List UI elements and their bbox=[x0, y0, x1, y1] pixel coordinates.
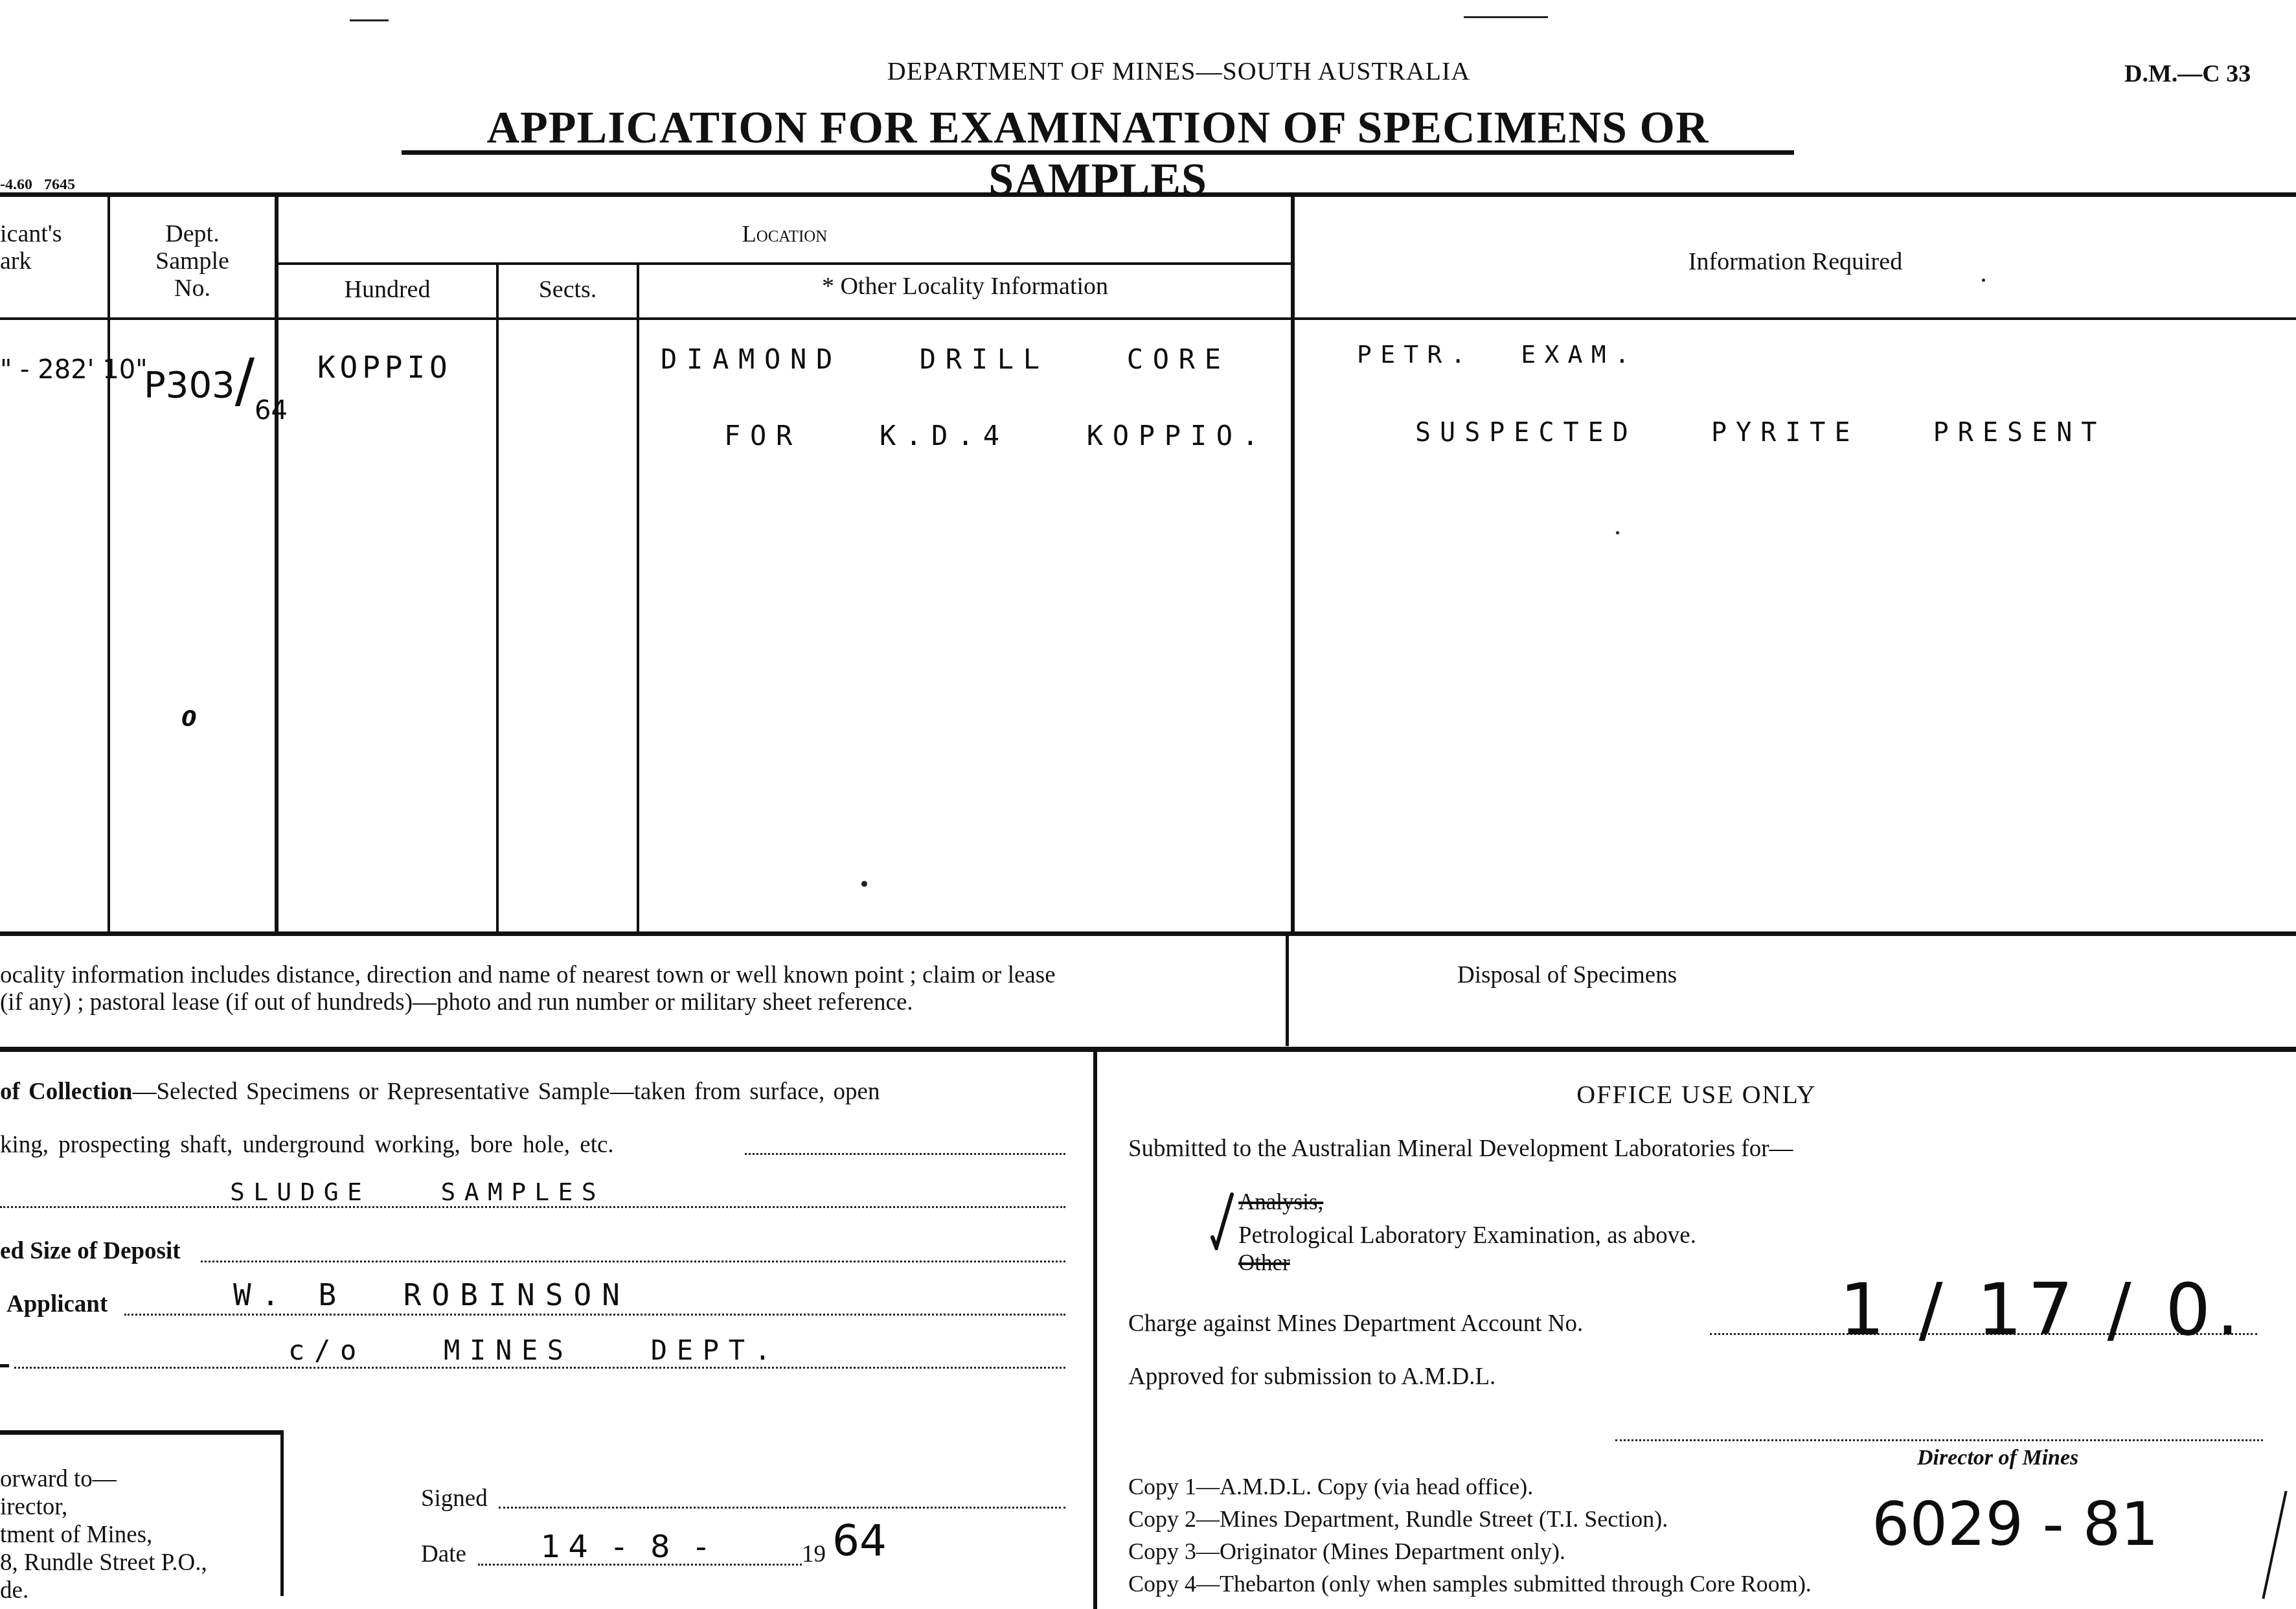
forward-line: orward to— bbox=[0, 1465, 207, 1493]
stray-ink-mark: 0 bbox=[181, 706, 197, 732]
other-locality-header: * Other Locality Information bbox=[639, 272, 1291, 301]
header-text: No. bbox=[110, 275, 275, 302]
copy-line: Copy 1—A.M.D.L. Copy (via head office). bbox=[1128, 1470, 1812, 1503]
form-code: D.M.—C 33 bbox=[2124, 60, 2251, 88]
applicants-mark-header: icant's ark bbox=[0, 220, 65, 275]
reference-number: 6029 - 81 bbox=[1872, 1490, 2159, 1559]
hundred-header: Hundred bbox=[278, 275, 496, 304]
office-use-title: OFFICE USE ONLY bbox=[1097, 1079, 2296, 1110]
collection-line2: king, prospecting shaft, underground wor… bbox=[0, 1131, 614, 1159]
year-prefix: 19 bbox=[802, 1540, 826, 1568]
charge-value[interactable]: 1 / 17 / 0. bbox=[1839, 1268, 2245, 1351]
hundred-value[interactable]: KOPPIO bbox=[317, 350, 452, 385]
scan-speck bbox=[861, 881, 867, 887]
sample-number: P303 bbox=[144, 364, 235, 406]
forward-box-right bbox=[280, 1430, 284, 1596]
disposal-field[interactable] bbox=[1292, 991, 2290, 1043]
address-value[interactable]: c/o MINES DEPT. bbox=[288, 1334, 780, 1366]
charge-label: Charge against Mines Department Account … bbox=[1128, 1310, 1583, 1338]
size-of-deposit-dots bbox=[201, 1261, 1065, 1262]
collection-label-rest: —Selected Specimens or Representative Sa… bbox=[132, 1078, 880, 1105]
check-mark-icon bbox=[1210, 1192, 1236, 1250]
col-divider-hundred-sects bbox=[496, 262, 499, 931]
location-header: Location bbox=[278, 220, 1291, 247]
date-value[interactable]: 14 - 8 - bbox=[541, 1529, 714, 1565]
disposal-label: Disposal of Specimens bbox=[1457, 961, 1677, 989]
col-divider-sects-other bbox=[637, 262, 639, 931]
header-bottom-rule bbox=[0, 317, 2296, 320]
location-subheader-rule bbox=[277, 262, 1292, 265]
copy-line: Copy 3—Originator (Mines Department only… bbox=[1128, 1535, 1812, 1568]
director-signature-field[interactable] bbox=[1615, 1399, 2263, 1439]
applicant-dots bbox=[124, 1314, 1065, 1316]
lower-top-rule bbox=[0, 1047, 2296, 1052]
option-other[interactable]: Other bbox=[1238, 1250, 1290, 1276]
forward-box-top bbox=[0, 1430, 284, 1435]
year-suffix[interactable]: 64 bbox=[832, 1516, 887, 1566]
col-divider-info bbox=[1291, 194, 1295, 931]
applicants-mark-value[interactable]: " - 282' 10" bbox=[0, 355, 148, 385]
size-of-deposit-label: ed Size of Deposit bbox=[0, 1237, 181, 1265]
sample-year: 64 bbox=[255, 396, 288, 426]
other-locality-line1[interactable]: DIAMOND DRILL CORE bbox=[661, 343, 1231, 375]
applicant-value[interactable]: W. B ROBINSON bbox=[233, 1277, 630, 1312]
title-underline bbox=[402, 150, 1794, 155]
other-locality-line2[interactable]: FOR K.D.4 KOPPIO. bbox=[724, 420, 1268, 451]
information-line1[interactable]: PETR. EXAM. bbox=[1357, 340, 1638, 369]
dept-sample-no-header: Dept. Sample No. bbox=[110, 220, 275, 302]
applicant-label: Applicant bbox=[6, 1290, 108, 1318]
office-divider bbox=[1093, 1049, 1097, 1609]
scan-speck bbox=[1982, 279, 1985, 282]
copies-list: Copy 1—A.M.D.L. Copy (via head office). … bbox=[1128, 1470, 1812, 1600]
header-text: Dept. bbox=[110, 220, 275, 247]
copy-line: Copy 2—Mines Department, Rundle Street (… bbox=[1128, 1503, 1812, 1535]
forward-line: irector, bbox=[0, 1493, 207, 1521]
sects-header: Sects. bbox=[499, 275, 637, 304]
footnote-divider bbox=[1286, 936, 1289, 1046]
collection-line2-dots bbox=[745, 1153, 1065, 1155]
information-required-header: Information Required bbox=[1295, 247, 2296, 276]
edge-pen-stroke bbox=[2262, 1490, 2287, 1599]
forward-line: de. bbox=[0, 1577, 207, 1604]
department-heading: DEPARTMENT OF MINES—SOUTH AUSTRALIA bbox=[842, 56, 1516, 86]
footnote-line1: ocality information includes distance, d… bbox=[0, 961, 1056, 989]
approved-label: Approved for submission to A.M.D.L. bbox=[1128, 1363, 1495, 1391]
submitted-label: Submitted to the Australian Mineral Deve… bbox=[1128, 1135, 1793, 1163]
collection-label-bold: of Collection bbox=[0, 1078, 132, 1105]
information-line2[interactable]: SUSPECTED PYRITE PRESENT bbox=[1415, 418, 2106, 448]
signed-dots bbox=[499, 1507, 1065, 1509]
col-divider-1 bbox=[108, 197, 110, 931]
forward-line: 8, Rundle Street P.O., bbox=[0, 1549, 207, 1577]
print-code: -4.60 7645 bbox=[0, 176, 75, 194]
table-bottom-rule bbox=[0, 931, 2296, 936]
copy-line: Copy 4—Thebarton (only when samples subm… bbox=[1128, 1568, 1812, 1600]
sample-slash: / bbox=[235, 347, 255, 415]
collection-value[interactable]: SLUDGE SAMPLES bbox=[230, 1178, 605, 1206]
scan-speck bbox=[1464, 16, 1548, 18]
address-dots bbox=[14, 1367, 1065, 1369]
header-text: ark bbox=[0, 247, 65, 275]
scan-speck bbox=[1616, 531, 1619, 534]
collection-value-line bbox=[0, 1206, 1065, 1208]
director-label: Director of Mines bbox=[1917, 1446, 2078, 1470]
scan-speck bbox=[350, 19, 389, 21]
table-top-rule bbox=[0, 192, 2296, 197]
date-label: Date bbox=[421, 1540, 466, 1568]
director-signature-line bbox=[1615, 1439, 2263, 1441]
address-dash bbox=[0, 1364, 9, 1367]
forward-line: tment of Mines, bbox=[0, 1521, 207, 1549]
forward-address: orward to— irector, tment of Mines, 8, R… bbox=[0, 1465, 207, 1604]
header-text: Sample bbox=[110, 247, 275, 275]
collection-label: of Collection—Selected Specimens or Repr… bbox=[0, 1078, 880, 1106]
option-petrological[interactable]: Petrological Laboratory Examination, as … bbox=[1238, 1222, 1696, 1250]
option-analysis[interactable]: Analysis, bbox=[1238, 1189, 1323, 1215]
header-text: icant's bbox=[0, 220, 65, 247]
col-divider-2 bbox=[275, 194, 278, 931]
signed-label: Signed bbox=[421, 1485, 488, 1512]
dept-sample-no-value[interactable]: P303/64 bbox=[144, 343, 288, 411]
footnote-line2: (if any) ; pastoral lease (if out of hun… bbox=[0, 988, 913, 1016]
